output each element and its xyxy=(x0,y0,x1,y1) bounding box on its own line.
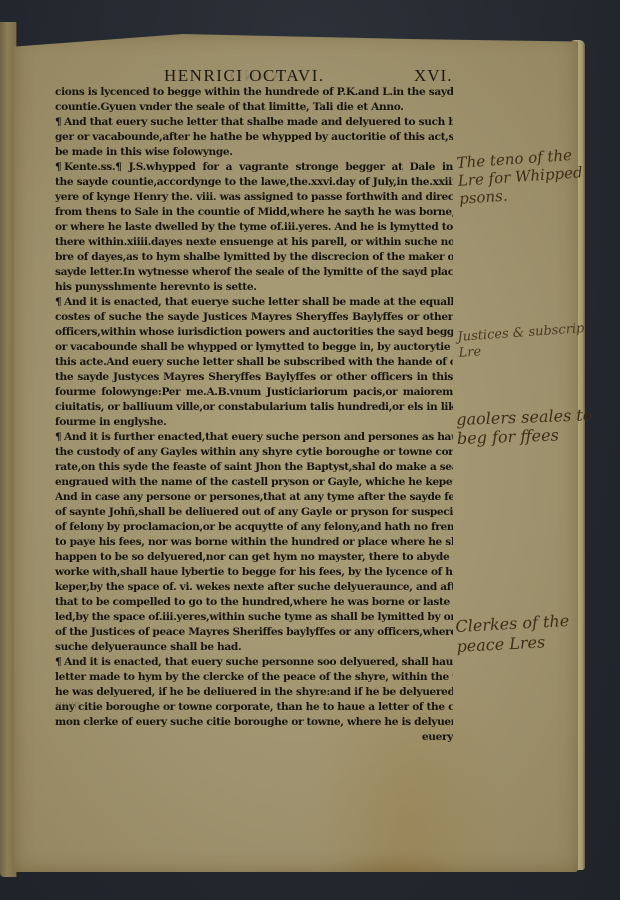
text-line: ciuitatis, or balliuum ville,or constabu… xyxy=(55,400,453,415)
text-line: fourme in englyshe. xyxy=(55,415,453,430)
text-line: or where he laste dwelled by the tyme of… xyxy=(55,220,453,235)
pilcrow-icon: ¶ xyxy=(55,430,64,445)
text-line: suche delyueraunce shall be had. xyxy=(55,640,453,655)
text-line: fourme folowynge:Per me.A.B.vnum Justici… xyxy=(55,385,453,400)
text-line: And it is enacted, that euery suche pers… xyxy=(64,656,453,668)
text-line: he was delyuered, if he be deliuered in … xyxy=(55,685,453,700)
pilcrow-icon: ¶ xyxy=(55,655,64,670)
text-line: countie.Gyuen vnder the seale of that li… xyxy=(55,100,453,115)
text-line: of felony by proclamacion,or be acquytte… xyxy=(55,520,453,535)
text-line: any citie boroughe or towne corporate, t… xyxy=(55,700,453,715)
text-line: officers,within whose iurisdiction power… xyxy=(55,325,453,340)
marginal-note: gaolers seales to beg for ffees xyxy=(456,405,593,448)
catchword: euery xyxy=(55,730,453,745)
folio-number: XVI. xyxy=(414,66,452,86)
text-line: worke with,shall haue lybertie to begge … xyxy=(55,565,453,580)
text-line: be made in this wise folowynge. xyxy=(55,145,453,160)
text-line: that to be compelled to go to the hundre… xyxy=(55,595,453,610)
text-line: costes of suche the sayde Justices Mayre… xyxy=(55,310,453,325)
text-line: happen to be so delyuered,nor can get hy… xyxy=(55,550,453,565)
text-line: there within.xiiii.dayes nexte ensuenge … xyxy=(55,235,453,250)
pilcrow-icon: ¶ xyxy=(55,115,64,130)
pilcrow-icon: ¶ xyxy=(55,160,64,175)
pilcrow-icon: ¶ xyxy=(55,295,64,310)
running-head: HENRICI OCTAVI. xyxy=(164,66,325,86)
statute-text: cions is lycenced to begge within the hu… xyxy=(55,85,453,745)
text-line: Kente.ss.¶ J.S.whypped for a vagrante st… xyxy=(64,161,453,173)
text-line: keper,by the space of. vi. wekes nexte a… xyxy=(55,580,453,595)
paragraph-example-letter: ¶Kente.ss.¶ J.S.whypped for a vagrante s… xyxy=(55,160,453,295)
text-line: engraued with the name of the castell pr… xyxy=(55,475,453,490)
text-line: of the Justices of peace Mayres Sheriffe… xyxy=(55,625,453,640)
paragraph-continuation: cions is lycenced to begge within the hu… xyxy=(55,85,453,115)
text-line: sayde letter.In wytnesse wherof the seal… xyxy=(55,265,453,280)
text-line: bre of dayes,as to hym shalbe lymitted b… xyxy=(55,250,453,265)
text-line: yere of kynge Henry the. viii. was assig… xyxy=(55,190,453,205)
text-line: or vacabounde shall be whypped or lymytt… xyxy=(55,340,453,355)
marginal-note: Clerkes of the peace Lres xyxy=(455,611,571,657)
paragraph-letter-form: ¶And that euery suche letter that shalbe… xyxy=(55,115,453,160)
text-line: the sayde countie,accordynge to the lawe… xyxy=(55,175,453,190)
text-line: rate,on this syde the feaste of saint Jh… xyxy=(55,460,453,475)
text-line: mon clerke of euery suche citie boroughe… xyxy=(55,715,453,730)
paragraph-costs-subscription: ¶And it is enacted, that euerye suche le… xyxy=(55,295,453,430)
text-line: the sayde Justyces Mayres Sheryffes Bayl… xyxy=(55,370,453,385)
text-line: led,by the space of.iii.yeres,within suc… xyxy=(55,610,453,625)
marginal-note: The teno of the Lre for Whipped psons. xyxy=(456,145,584,208)
text-line: And in case any persone or persones,that… xyxy=(55,490,453,505)
water-stain xyxy=(330,850,460,872)
text-line: of saynte Johñ,shall be deliuered out of… xyxy=(55,505,453,520)
text-line: And it is further enacted,that euery suc… xyxy=(64,431,453,443)
text-line: his punysshmente herevnto is sette. xyxy=(55,280,453,295)
text-line: And that euery suche letter that shalbe … xyxy=(64,116,453,128)
showthrough-footer: quyp xyxy=(56,700,80,710)
text-line: this acte.And euery suche letter shall b… xyxy=(55,355,453,370)
text-line: the custody of any Gayles within any shy… xyxy=(55,445,453,460)
text-line: letter made to hym by the clercke of the… xyxy=(55,670,453,685)
text-line: to paye his fees, nor was borne within t… xyxy=(55,535,453,550)
text-line: ger or vacabounde,after he hathe be whyp… xyxy=(55,130,453,145)
paragraph-clerk-letters: ¶And it is enacted, that euery suche per… xyxy=(55,655,453,730)
text-line: cions is lycenced to begge within the hu… xyxy=(55,85,453,100)
text-line: from thens to Sale in the countie of Mid… xyxy=(55,205,453,220)
text-line: And it is enacted, that euerye suche let… xyxy=(64,296,453,308)
paragraph-gaolers-seals: ¶And it is further enacted,that euery su… xyxy=(55,430,453,655)
page-header: ANNO HENRICI OCTAVI. xyxy=(56,66,456,86)
